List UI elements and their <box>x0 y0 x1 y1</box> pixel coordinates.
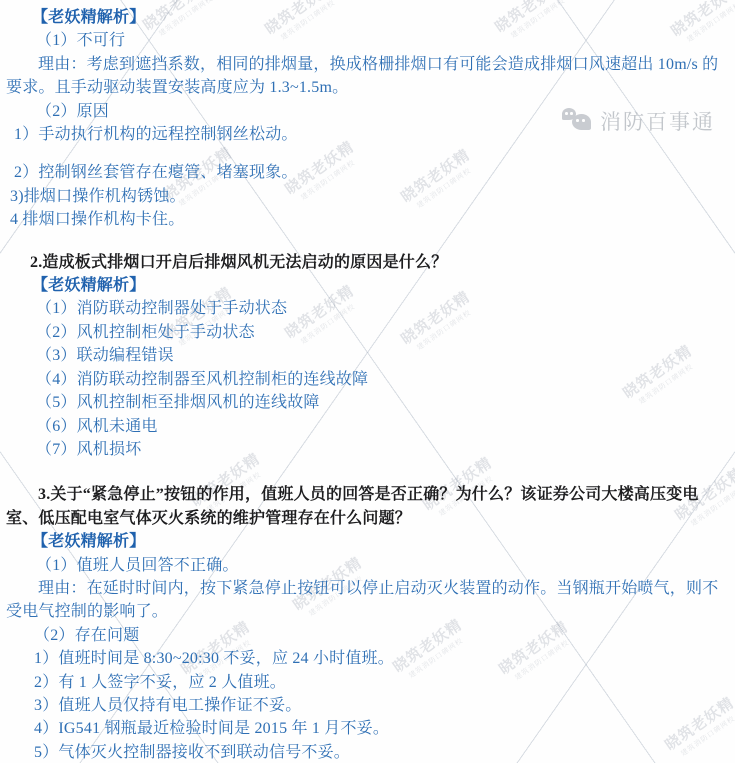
question2-heading: 2.造成板式排烟口开启后排烟风机无法启动的原因是什么？ <box>30 251 729 274</box>
answer-line: （2）原因 <box>36 100 729 123</box>
list-item: （7）风机损坏 <box>36 438 729 461</box>
reason-paragraph: 理由：考虑到遮挡系数，相同的排烟量，换成格栅排烟口有可能会造成排烟口风速超出 1… <box>6 53 729 100</box>
answer-line: （1）值班人员回答不正确。 <box>36 554 729 577</box>
answer-line: （2）存在问题 <box>34 624 729 647</box>
answer-line: （1）不可行 <box>36 29 729 52</box>
list-item: 2）控制钢丝套管存在瘪管、堵塞现象。 <box>14 161 729 184</box>
document-content: 【老妖精解析】 （1）不可行 理由：考虑到遮挡系数，相同的排烟量，换成格栅排烟口… <box>0 0 735 763</box>
list-item: 5）气体灭火控制器接收不到联动信号不妥。 <box>34 741 729 763</box>
question3-heading: 3.关于“紧急停止”按钮的作用，值班人员的回答是否正确？为什么？该证券公司大楼高… <box>6 483 729 530</box>
section3-analysis-header: 【老妖精解析】 <box>32 530 729 553</box>
list-item: （3）联动编程错误 <box>36 344 729 367</box>
list-item: （1）消防联动控制器处于手动状态 <box>36 297 729 320</box>
list-item: （6）风机未通电 <box>36 415 729 438</box>
list-item: （2）风机控制柜处于手动状态 <box>36 321 729 344</box>
list-item: （5）风机控制柜至排烟风机的连线故障 <box>36 391 729 414</box>
list-item: 3）值班人员仅持有电工操作证不妥。 <box>34 694 729 717</box>
list-item: 2）有 1 人签字不妥，应 2 人值班。 <box>34 671 729 694</box>
reason-paragraph: 理由：在延时时间内，按下紧急停止按钮可以停止启动灭火装置的动作。当钢瓶开始喷气，… <box>6 577 729 624</box>
section2-analysis-header: 【老妖精解析】 <box>32 274 729 297</box>
list-item: 3)排烟口操作机构锈蚀。 <box>10 185 729 208</box>
list-item: 4）IG541 钢瓶最近检验时间是 2015 年 1 月不妥。 <box>34 717 729 740</box>
list-item: 1）手动执行机构的远程控制钢丝松动。 <box>14 123 729 146</box>
section1-analysis-header: 【老妖精解析】 <box>32 6 729 29</box>
list-item: 1）值班时间是 8:30~20:30 不妥，应 24 小时值班。 <box>34 647 729 670</box>
list-item: 4 排烟口操作机构卡住。 <box>10 208 729 231</box>
document-page: 晓筑老妖精建筑消防口碑网校 晓筑老妖精建筑消防口碑网校 晓筑老妖精建筑消防口碑网… <box>0 0 735 763</box>
list-item: （4）消防联动控制器至风机控制柜的连线故障 <box>36 368 729 391</box>
